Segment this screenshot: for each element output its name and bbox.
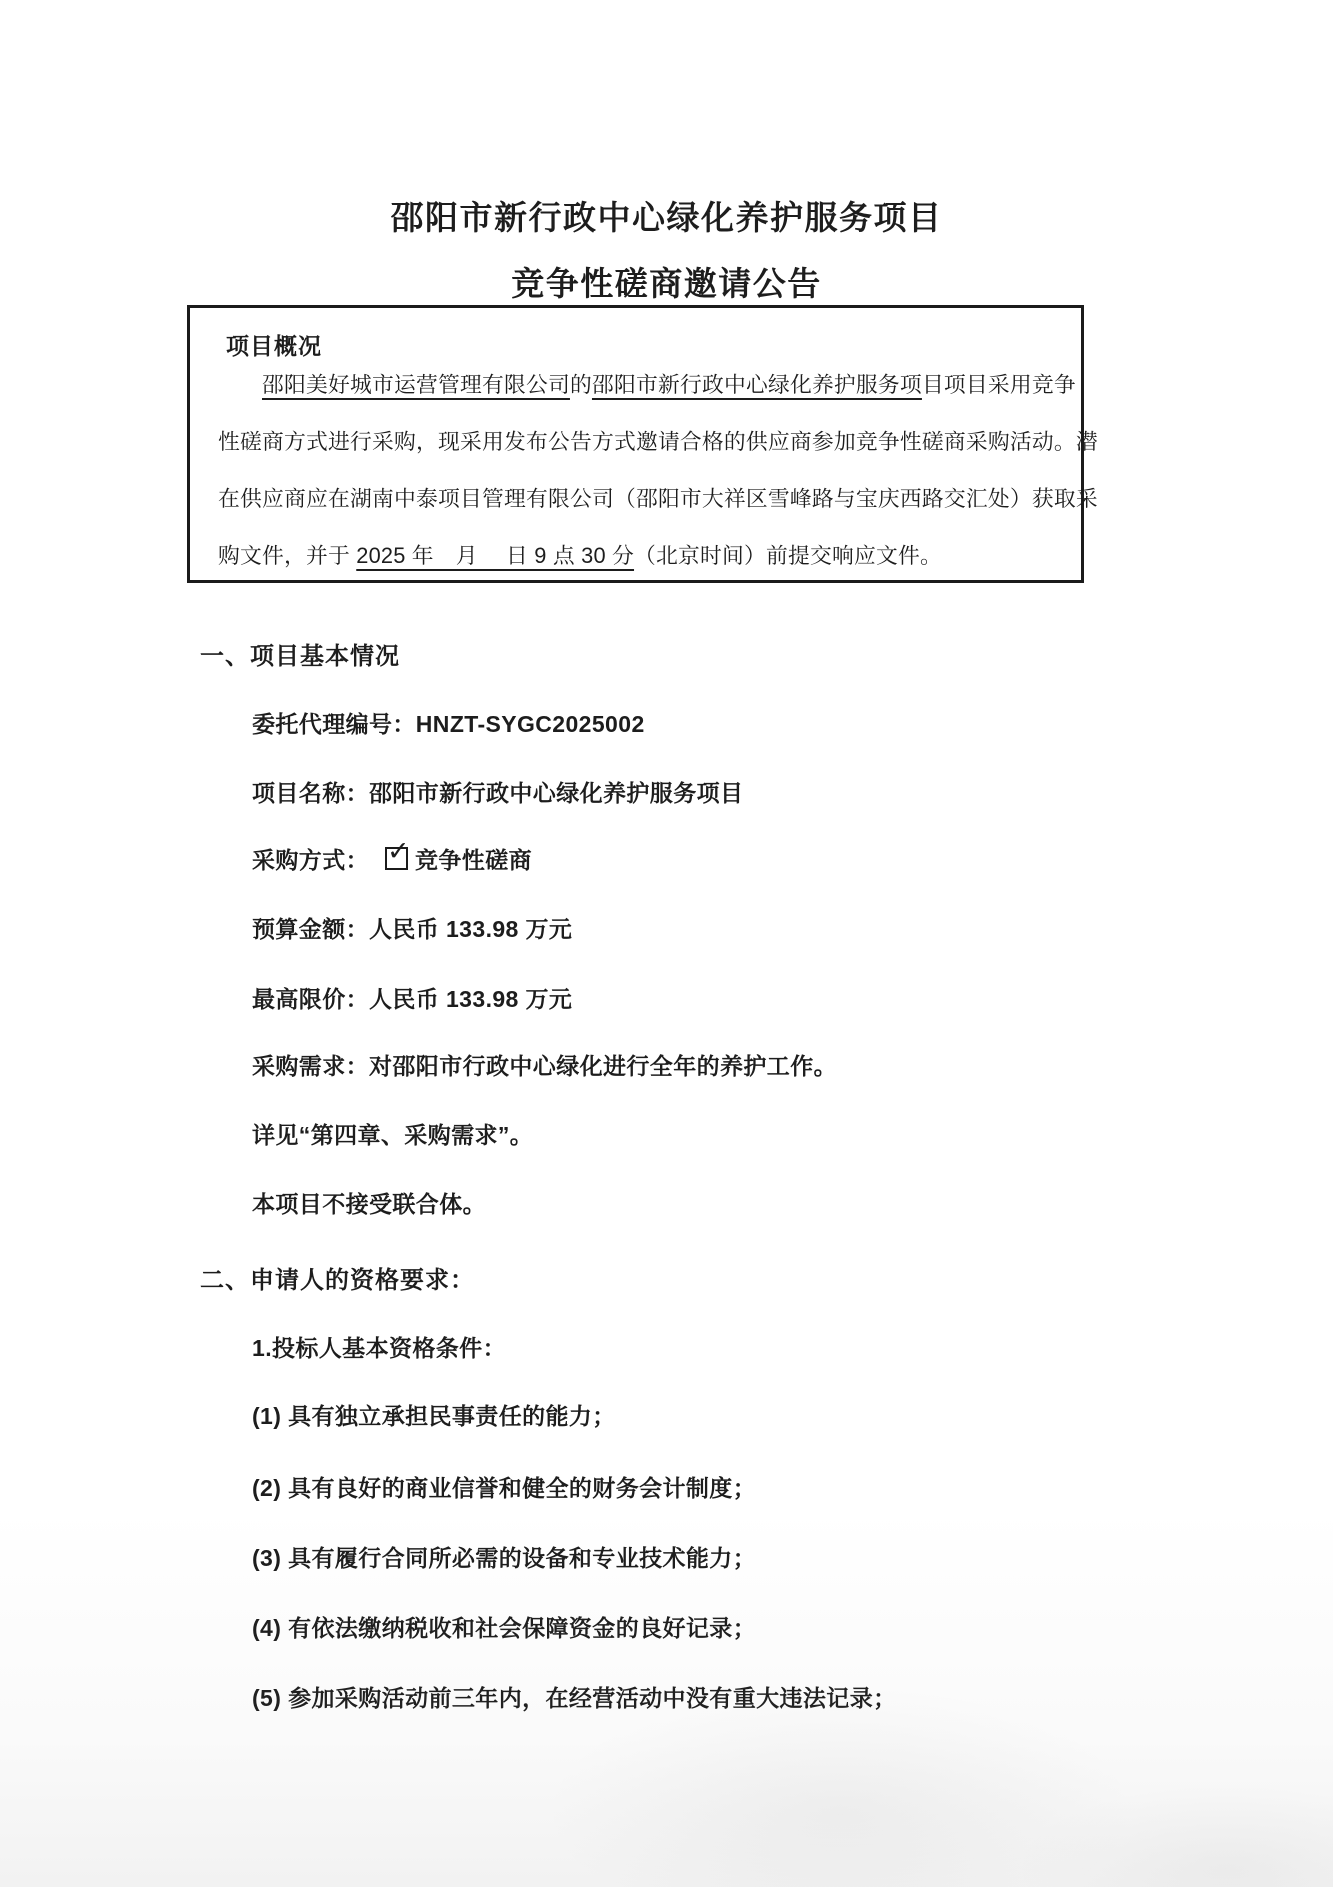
- document-title-line1: 邵阳市新行政中心绿化养护服务项目: [0, 192, 1333, 239]
- purchaser-name: 邵阳美好城市运营管理有限公司: [262, 372, 570, 397]
- procurement-method-label: 采购方式：: [252, 847, 369, 873]
- qualification-subheading: 1.投标人基本资格条件：: [252, 1330, 506, 1363]
- document-title-line2: 竞争性磋商邀请公告: [0, 258, 1333, 305]
- overview-paragraph-line1: 邵阳美好城市运营管理有限公司的邵阳市新行政中心绿化养护服务项目项目采用竞争: [262, 368, 1076, 399]
- scanned-document-page: 邵阳市新行政中心绿化养护服务项目 竞争性磋商邀请公告 项目概况 邵阳美好城市运营…: [0, 0, 1333, 1887]
- demand-line: 采购需求：对邵阳市行政中心绿化进行全年的养护工作。: [252, 1048, 837, 1081]
- overview-heading: 项目概况: [226, 328, 322, 361]
- overview-line4-lead: 购文件，并于: [218, 543, 356, 568]
- response-deadline: 2025 年 月 日 9 点 30 分: [356, 543, 634, 568]
- overview-line4-tail: （北京时间）前提交响应文件。: [634, 543, 942, 568]
- overview-paragraph-line4: 购文件，并于 2025 年 月 日 9 点 30 分（北京时间）前提交响应文件。: [218, 539, 942, 570]
- qualification-item-1: (1) 具有独立承担民事责任的能力；: [252, 1398, 616, 1431]
- qualification-item-5: (5) 参加采购活动前三年内，在经营活动中没有重大违法记录；: [252, 1680, 897, 1713]
- checked-checkbox-icon: ✓: [385, 847, 408, 870]
- overview-paragraph-line2: 性磋商方式进行采购，现采用发布公告方式邀请合格的供应商参加竞争性磋商采购活动。潜: [218, 425, 1098, 456]
- agency-number-line: 委托代理编号：HNZT-SYGC2025002: [252, 706, 645, 739]
- procurement-method-value: 竞争性磋商: [415, 847, 532, 873]
- project-name-line: 项目名称：邵阳市新行政中心绿化养护服务项目: [252, 775, 743, 808]
- section2-heading: 二、申请人的资格要求：: [200, 1260, 475, 1295]
- qualification-item-4: (4) 有依法缴纳税收和社会保障资金的良好记录；: [252, 1610, 756, 1643]
- project-overview-box: 项目概况 邵阳美好城市运营管理有限公司的邵阳市新行政中心绿化养护服务项目项目采用…: [187, 305, 1084, 583]
- overview-connector: 的: [570, 372, 592, 397]
- overview-paragraph-line3: 在供应商应在湖南中泰项目管理有限公司（邵阳市大祥区雪峰路与宝庆西路交汇处）获取采: [218, 482, 1098, 513]
- overview-project-name: 邵阳市新行政中心绿化养护服务项: [592, 372, 922, 397]
- qualification-item-2: (2) 具有良好的商业信誉和健全的财务会计制度；: [252, 1470, 756, 1503]
- consortium-line: 本项目不接受联合体。: [252, 1186, 486, 1219]
- reference-line: 详见“第四章、采购需求”。: [252, 1117, 533, 1150]
- check-mark-icon: ✓: [387, 838, 410, 865]
- overview-line1-tail: 目项目采用竞争: [922, 372, 1076, 397]
- procurement-method-line: 采购方式：✓竞争性磋商: [252, 842, 532, 875]
- section1-heading: 一、项目基本情况: [200, 636, 400, 671]
- budget-line: 预算金额：人民币 133.98 万元: [252, 911, 572, 944]
- price-cap-line: 最高限价：人民币 133.98 万元: [252, 981, 572, 1014]
- qualification-item-3: (3) 具有履行合同所必需的设备和专业技术能力；: [252, 1540, 756, 1573]
